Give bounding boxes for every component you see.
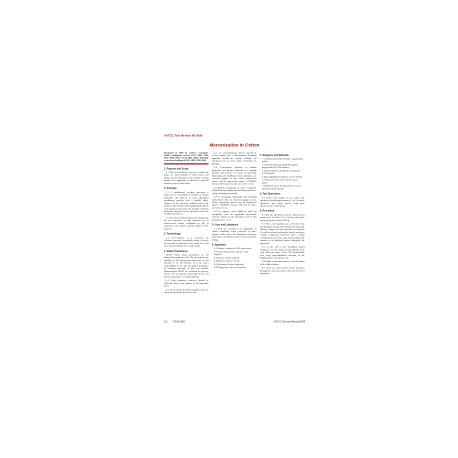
history-note: Developed in 1969 by AATCC Committee RA8… [164, 151, 209, 161]
page-title: Mercerization in Cotton [164, 143, 305, 148]
paragraph: 9.2 Place each specimen in a 250 mL flas… [260, 222, 305, 244]
paragraph: 4.7 An exposure check should be made for… [212, 210, 257, 221]
paragraph: 5.1 This test method is not applicable t… [212, 227, 257, 241]
paragraph: 4.4 Concentrated solutions of sodium hyd… [212, 166, 257, 185]
list-item: 6.6 Drying oven, forced circulation. [212, 266, 257, 269]
section-heading: 7. Reagents and Materials [260, 154, 305, 157]
section-heading: 5. Uses and Limitations [212, 223, 257, 226]
paragraph: 2.2 The ratio of barium hydroxide absorb… [164, 216, 209, 230]
divider-rule [164, 163, 209, 164]
column-2: 4.3 An eyewash/safety shower should be l… [212, 151, 257, 307]
paragraph: 1.1 This test method is used to evaluate… [164, 171, 209, 185]
footer-left: 110 TM 89-2008 [164, 321, 189, 324]
list-item: 7.5 Unmercerized cotton control yarn or … [260, 179, 305, 184]
section-heading: 3. Terminology [164, 232, 209, 235]
paragraph: 9.1 Dry the specimens and the unmerceriz… [260, 213, 305, 221]
page-footer: 110 TM 89-2008 AATCC Technical Manual/20… [164, 321, 305, 324]
paragraph: 4.5 Barium compounds are toxic if ingest… [212, 186, 257, 194]
document-page: AATCC Test Method 89-2008 Mercerization … [0, 0, 458, 458]
list-item: 7.2 Barium hydroxide [Ba(OH)₂·8H₂O], app… [260, 163, 305, 168]
list-item: 7.3 Hydrochloric acid (HCl), standardize… [260, 169, 305, 174]
paragraph: 2.1 A conditioned, weighed specimen is i… [164, 191, 209, 216]
section-heading: 8. Test Specimens [260, 192, 305, 195]
paragraph: 9.5 Carry an unmercerized control specim… [260, 267, 305, 275]
paragraph: NOTE: These safety precautions are for i… [164, 253, 209, 278]
paragraph: 4.1 Good laboratory practices should be … [164, 279, 209, 287]
method-reference: AATCC Test Method 89-2008 [164, 134, 305, 137]
list-item: 6.2 Flasks, Erlenmeyer, 250 mL, with sto… [212, 250, 257, 255]
paragraph: 4.3 An eyewash/safety shower should be l… [212, 151, 257, 165]
page-number: 110 [164, 321, 168, 324]
page-content: AATCC Test Method 89-2008 Mercerization … [164, 134, 305, 323]
text-columns: Developed in 1969 by AATCC Committee RA8… [164, 151, 305, 307]
list-item: 7.1 Sodium hydroxide (NaOH), reagent gra… [260, 157, 305, 162]
list-item: 7.6 Distilled water, freshly boiled to r… [260, 185, 305, 190]
paragraph: 3.1 mercerization, n.—a treatment for ce… [164, 236, 209, 247]
column-1: Developed in 1969 by AATCC Committee RA8… [164, 151, 209, 307]
paragraph: 9.4 Titrate in the same manner a 10 mL a… [260, 260, 305, 265]
column-3: 7. Reagents and Materials7.1 Sodium hydr… [260, 151, 305, 307]
paragraph: 4.2 All chemicals should be handled with… [164, 288, 209, 293]
paragraph: 8.1 From each sample to be tested, take … [260, 196, 305, 207]
section-heading: 1. Purpose and Scope [164, 167, 209, 170]
section-heading: 4. Safety Precautions [164, 249, 209, 252]
section-heading: 2. Principle [164, 187, 209, 190]
method-code: TM 89-2008 [173, 321, 185, 324]
section-heading: 6. Apparatus [212, 243, 257, 246]
paragraph: 4.6 In preparing, dispensing and handlin… [212, 195, 257, 209]
manual-name: AATCC Technical Manual/2008 [274, 321, 305, 324]
section-heading: 9. Procedure [260, 209, 305, 212]
paragraph: 9.3 At the end of the absorption period … [260, 245, 305, 259]
